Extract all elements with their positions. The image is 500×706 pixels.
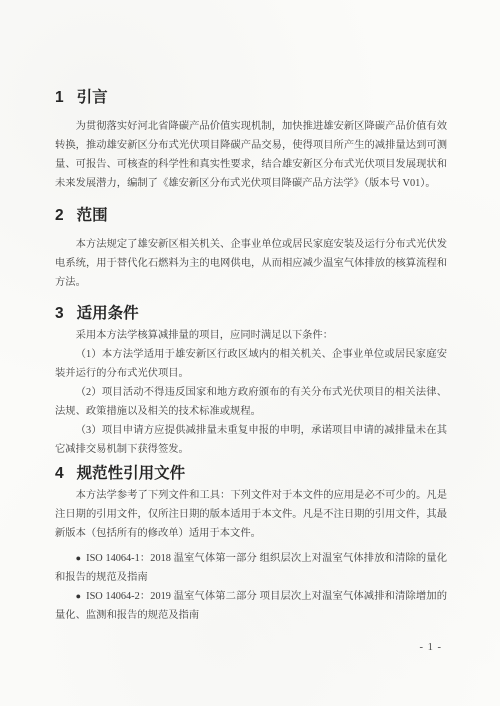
bullet-icon: ● — [76, 591, 82, 601]
section-heading: 4 规范性引用文件 — [55, 464, 447, 484]
paragraph: 本方法学参考了下列文件和工具：下列文件对于本文件的应用是必不可少的。凡是注日期的… — [55, 486, 447, 543]
reference-text: ISO 14064-2：2019 温室气体第二部分 项目层次上对温室气体减排和清… — [55, 591, 447, 621]
section-heading: 2 范围 — [55, 206, 447, 226]
paragraph: 为贯彻落实好河北省降碳产品价值实现机制，加快推进雄安新区降碳产品价值有效转换，推… — [55, 117, 447, 193]
section-title: 规范性引用文件 — [77, 464, 186, 484]
section-number: 1 — [55, 88, 64, 108]
section-title: 范围 — [77, 206, 108, 226]
section-title: 适用条件 — [77, 304, 139, 324]
paragraph: 本方法规定了雄安新区相关机关、企事业单位或居民家庭安装及运行分布式光伏发电系统，… — [55, 235, 447, 292]
condition-item: （3）项目申请方应提供减排量未重复申报的申明，承诺项目申请的减排量未在其它减排交… — [55, 421, 447, 459]
paragraph: 采用本方法学核算减排量的项目，应同时满足以下条件： — [55, 326, 447, 345]
section-introduction: 1 引言 为贯彻落实好河北省降碳产品价值实现机制，加快推进雄安新区降碳产品价值有… — [55, 88, 447, 193]
condition-item: （2）项目活动不得违反国家和地方政府颁布的有关分布式光伏项目的相关法律、法规、政… — [55, 383, 447, 421]
document-content: 1 引言 为贯彻落实好河北省降碳产品价值实现机制，加快推进雄安新区降碳产品价值有… — [55, 88, 447, 625]
page-number: - 1 - — [420, 641, 443, 655]
reference-item: ●ISO 14064-2：2019 温室气体第二部分 项目层次上对温室气体减排和… — [55, 587, 447, 625]
condition-item: （1）本方法学适用于雄安新区行政区域内的相关机关、企事业单位或居民家庭安装并运行… — [55, 345, 447, 383]
section-heading: 3 适用条件 — [55, 304, 447, 324]
scanned-document-page: 1 引言 为贯彻落实好河北省降碳产品价值实现机制，加快推进雄安新区降碳产品价值有… — [0, 0, 500, 706]
reference-item: ●ISO 14064-1：2018 温室气体第一部分 组织层次上对温室气体排放和… — [55, 549, 447, 587]
bullet-icon: ● — [76, 553, 82, 563]
section-scope: 2 范围 本方法规定了雄安新区相关机关、企事业单位或居民家庭安装及运行分布式光伏… — [55, 206, 447, 292]
section-title: 引言 — [77, 88, 108, 108]
section-normative-references: 4 规范性引用文件 本方法学参考了下列文件和工具：下列文件对于本文件的应用是必不… — [55, 464, 447, 625]
reference-text: ISO 14064-1：2018 温室气体第一部分 组织层次上对温室气体排放和清… — [55, 553, 447, 583]
section-number: 4 — [55, 464, 64, 484]
section-applicability-conditions: 3 适用条件 采用本方法学核算减排量的项目，应同时满足以下条件： （1）本方法学… — [55, 304, 447, 459]
section-number: 2 — [55, 206, 64, 226]
section-heading: 1 引言 — [55, 88, 447, 108]
section-number: 3 — [55, 304, 64, 324]
